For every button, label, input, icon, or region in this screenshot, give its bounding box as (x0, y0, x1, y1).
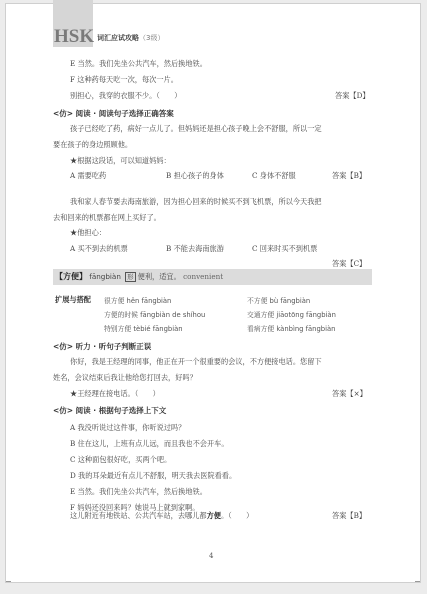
header-series: HSK (54, 26, 94, 48)
option-e: E 当然。我们先坐公共汽车，然后换地铁。 (70, 487, 207, 497)
definition: 便利，适宜。 (138, 272, 181, 281)
statement: ★王经理在接电话。（ ） (70, 389, 160, 399)
option-b: B 住在这儿，上班有点儿远，而且我也不会开车。 (70, 439, 229, 449)
english-gloss: convenient (183, 272, 223, 281)
option-c: C 这种面包很好吃，买两个吧。 (70, 455, 171, 465)
question-text: 别担心，我穿的衣服不少。（ ） (70, 91, 181, 101)
question-text: ★根据这段话，可以知道妈妈： (70, 156, 171, 166)
question-text: 这儿附近有地铁站、公共汽车站，去哪儿都方便。（ ） (70, 511, 253, 521)
collocation: 不方便 bù fāngbiàn (247, 295, 310, 305)
keyword: 方便 (207, 511, 221, 520)
section-heading: <仿> 听力 · 听句子判断正误 (53, 341, 151, 352)
choice-c: C 身体不舒服 (252, 171, 296, 181)
book-title: 词汇应试攻略 (97, 34, 139, 42)
answer: 答案【B】 (332, 511, 366, 521)
section-heading: <仿> 阅读 · 根据句子选择上下文 (53, 405, 166, 416)
choice-b: B 不能去海南旅游 (166, 244, 224, 254)
document-page (5, 3, 421, 583)
question-text: ★他担心： (70, 228, 106, 238)
collocation: 方便的时候 fāngbiàn de shíhou (104, 309, 205, 319)
headword: 【方便】 (53, 272, 87, 281)
passage-line: 我和家人春节要去海南旅游，因为担心回来的时候买不到飞机票，所以今天我把 (70, 197, 322, 207)
answer: 答案【B】 (332, 171, 366, 181)
option-a: A 我没听说过这件事，你听说过吗？ (70, 423, 185, 433)
answer: 答案【D】 (335, 91, 370, 101)
passage-line: 姓名，会议结束后我让他给您打回去，好吗？ (53, 373, 197, 383)
part-of-speech-badge: 形 (125, 272, 136, 282)
answer: 答案【×】 (332, 389, 367, 399)
answer-label: 答案 (335, 91, 349, 100)
passage-line: 你好，我是王经理的同事，他正在开一个很重要的会议，不方便接电话。您留下 (70, 357, 322, 367)
crop-mark (415, 581, 420, 582)
word-entry-box: 【方便】 fāngbiàn 形便利，适宜。 convenient (53, 269, 372, 285)
collocation: 交通方便 jiāotōng fāngbiàn (247, 309, 336, 319)
pinyin: fāngbiàn (89, 272, 121, 281)
choice-c: C 回来时买不到机票 (252, 244, 317, 254)
option-d: D 我的耳朵最近有点儿不舒服，明天我去医院看看。 (70, 471, 236, 481)
crop-mark (6, 581, 11, 582)
answer: 答案【C】 (332, 259, 366, 269)
answer-value: 【D】 (349, 91, 369, 100)
passage-line: 要在孩子的身边照顾他。 (53, 140, 132, 150)
choice-b: B 担心孩子的身体 (166, 171, 224, 181)
question-post: 。（ ） (221, 511, 253, 520)
header-title: 词汇应试攻略（3级） (97, 33, 164, 43)
choice-a: A 买不到去的机票 (70, 244, 128, 254)
collocation: 很方便 hěn fāngbiàn (104, 295, 171, 305)
choice-a: A 需要吃药 (70, 171, 106, 181)
passage-line: 去和回来的机票都在网上买好了。 (53, 213, 161, 223)
book-level: （3级） (139, 34, 164, 42)
option-e: E 当然。我们先坐公共汽车，然后换地铁。 (70, 59, 207, 69)
option-f: F 这种药每天吃一次，每次一片。 (70, 75, 178, 85)
question-pre: 这儿附近有地铁站、公共汽车站，去哪儿都 (70, 511, 207, 520)
collocation: 看病方便 kànbìng fāngbiàn (247, 323, 335, 333)
passage-line: 孩子已经吃了药，病好一点儿了。但妈妈还是担心孩子晚上会不舒服，所以一定 (70, 124, 322, 134)
collocation: 特别方便 tèbié fāngbiàn (104, 323, 183, 333)
expansion-label: 扩展与搭配 (55, 295, 91, 305)
section-heading: <仿> 阅读 · 阅读句子选择正确答案 (53, 108, 174, 119)
page-number: 4 (209, 552, 213, 560)
